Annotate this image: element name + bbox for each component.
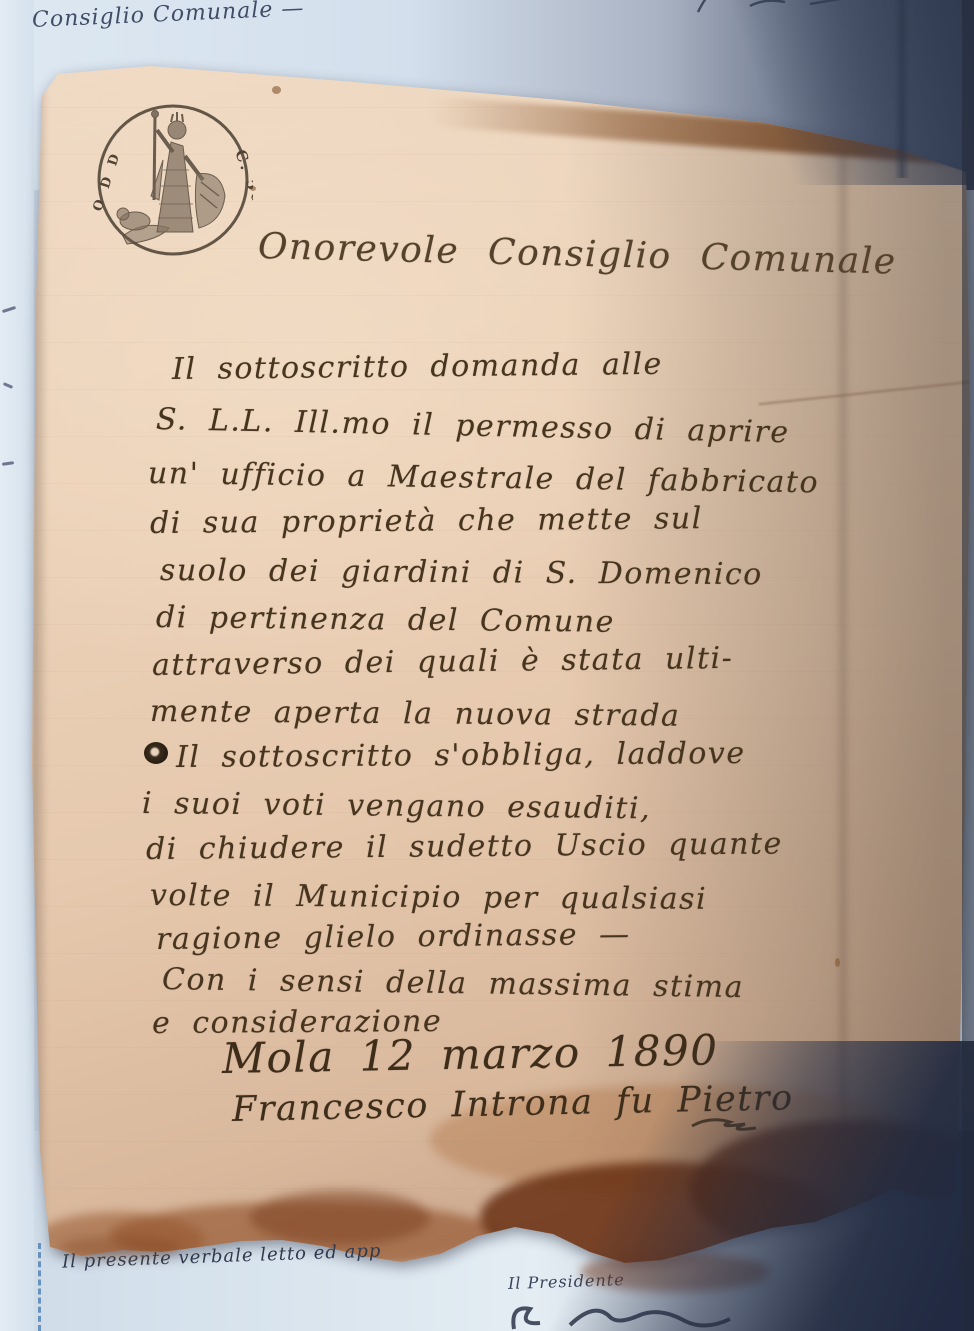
bleed-stain — [580, 1252, 770, 1292]
foxing-speck — [552, 62, 559, 68]
body-line: Il sottoscritto domanda alle — [172, 347, 663, 387]
aged-paper: C. 50. O D D Onorevole Consiglio Comunal… — [0, 0, 974, 1331]
aged-paper-wrapper: C. 50. O D D Onorevole Consiglio Comunal… — [0, 0, 974, 1331]
ink-blot — [144, 742, 168, 764]
photographed-document: Consiglio Comunale — — [0, 0, 974, 1331]
body-line: di pertinenza del Comune — [156, 600, 615, 640]
body-line: di chiudere il sudetto Uscio quante — [146, 826, 783, 867]
body-line: mente aperta la nuova strada — [150, 694, 681, 734]
allegorical-figure-icon — [117, 111, 225, 245]
body-line: i suoi voti vengano esauditi, — [142, 786, 651, 826]
truncated-handwriting-strokes — [690, 0, 890, 14]
body-line: attraverso dei quali è stata ulti- — [152, 641, 734, 683]
bleed-stain — [60, 1236, 180, 1258]
president-signature-stroke — [500, 1295, 760, 1331]
book-spine-shadow — [894, 0, 910, 178]
body-line: Il sottoscritto s'obbliga, laddove — [176, 736, 746, 775]
body-line: di sua proprietà che mette sul — [150, 501, 703, 541]
revenue-stamp-seal: C. 50. O D D — [93, 100, 253, 260]
dateline: Mola 12 marzo 1890 — [222, 1025, 719, 1083]
signature-flourish — [690, 1108, 760, 1138]
body-line: volte il Municipio per qualsiasi — [150, 878, 707, 917]
body-line: ragione glielo ordinasse — — [156, 917, 631, 957]
blue-margin-line — [38, 1243, 41, 1331]
photo-shadow-right-edge — [962, 0, 974, 1331]
body-line: suolo dei giardini di S. Domenico — [160, 553, 763, 592]
